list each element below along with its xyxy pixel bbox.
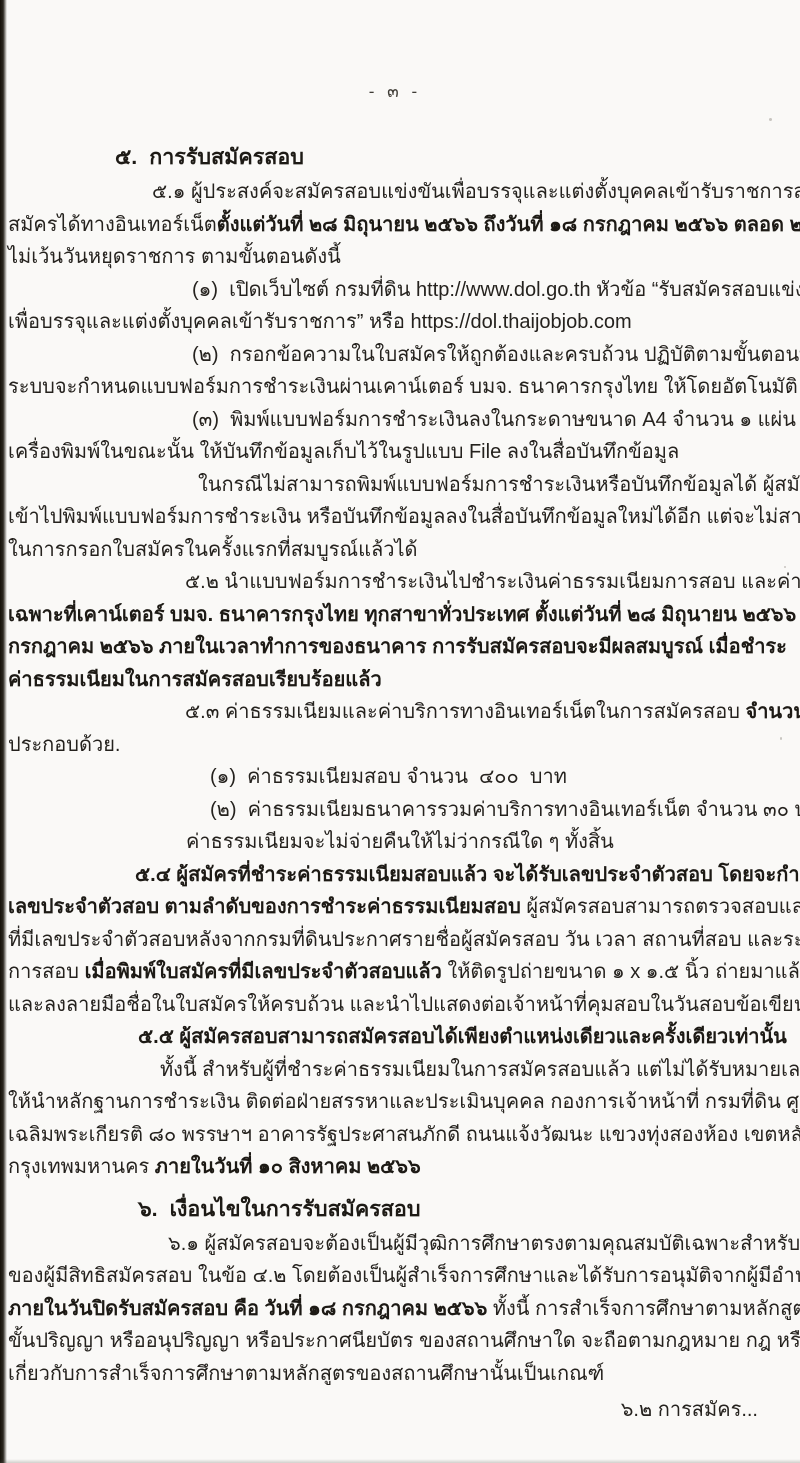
page-number: - ๓ - [0,78,790,105]
bold-text-run: ภายในวันปิดรับสมัครสอบ คือ วันที่ ๑๘ กรก… [8,1298,493,1320]
text-run: ในกรณีไม่สามารถพิมพ์แบบฟอร์มการชำระเงินห… [198,474,800,496]
clause-5-3: ๕.๓ ค่าธรรมเนียมและค่าบริการทางอินเทอร์เ… [8,696,794,761]
text-line: ในกรณีไม่สามารถพิมพ์แบบฟอร์มการชำระเงินห… [8,469,794,502]
text-line: การสอบ เมื่อพิมพ์ใบสมัครที่มีเลขประจำตัว… [8,956,794,989]
document-page: - ๓ - ๕. การรับสมัครสอบ๕.๑ ผู้ประสงค์จะส… [0,0,800,1463]
bold-text-run: จำนวน ๔๓๐ บาท [745,701,800,723]
fee-item-2: (๒) ค่าธรรมเนียมธนาคารรวมค่าบริการทางอิน… [8,794,794,827]
text-run: ผู้สมัครสอบสามารถตรวจสอบและพิมพ์ใบสมัคร [526,896,800,918]
text-line: ค่าธรรมเนียมจะไม่จ่ายคืนให้ไม่ว่ากรณีใด … [8,826,794,859]
clause-5-1: ๕.๑ ผู้ประสงค์จะสมัครสอบแข่งขันเพื่อบรรจ… [8,176,794,274]
clause-5-2: ๕.๒ นำแบบฟอร์มการชำระเงินไปชำระเงินค่าธร… [8,566,794,696]
text-run: ประกอบด้วย. [8,734,121,756]
text-line: สมัครได้ทางอินเทอร์เน็ตตั้งแต่วันที่ ๒๘ … [8,209,794,242]
text-line: ระบบจะกำหนดแบบฟอร์มการชำระเงินผ่านเคาน์เ… [8,371,794,404]
text-line: ให้นำหลักฐานการชำระเงิน ติดต่อฝ่ายสรรหาแ… [8,1086,794,1119]
text-run: ๕.๒ นำแบบฟอร์มการชำระเงินไปชำระเงินค่าธร… [185,571,800,593]
paragraph-print-fallback: ในกรณีไม่สามารถพิมพ์แบบฟอร์มการชำระเงินห… [8,469,794,567]
text-run: สมัครได้ทางอินเทอร์เน็ต [8,214,217,236]
step-2: (๒) กรอกข้อความในใบสมัครให้ถูกต้องและครบ… [8,339,794,404]
text-line: เลขประจำตัวสอบ ตามลำดับของการชำระค่าธรรม… [8,891,794,924]
bold-text-run: กรกฎาคม ๒๕๖๖ ภายในเวลาทำการของธนาคาร การ… [8,636,787,658]
clause-6-1: ๖.๑ ผู้สมัครสอบจะต้องเป็นผู้มีวุฒิการศึก… [8,1228,794,1391]
text-line: และลงลายมือชื่อในใบสมัครให้ครบถ้วน และนำ… [8,989,794,1022]
text-line: ไม่เว้นวันหยุดราชการ ตามขั้นตอนดังนี้ [8,241,794,274]
text-line: ภายในวันปิดรับสมัครสอบ คือ วันที่ ๑๘ กรก… [8,1293,794,1326]
text-line: (๒) ค่าธรรมเนียมธนาคารรวมค่าบริการทางอิน… [8,794,794,827]
text-line: ๖.๑ ผู้สมัครสอบจะต้องเป็นผู้มีวุฒิการศึก… [8,1228,794,1261]
text-line: ขั้นปริญญา หรืออนุปริญญา หรือประกาศนียบั… [8,1325,794,1358]
text-line: ๕.๑ ผู้ประสงค์จะสมัครสอบแข่งขันเพื่อบรรจ… [8,176,794,209]
text-line: เพื่อบรรจุและแต่งตั้งบุคคลเข้ารับราชการ”… [8,306,794,339]
text-line: เข้าไปพิมพ์แบบฟอร์มการชำระเงิน หรือบันทึ… [8,501,794,534]
text-run: ระบบจะกำหนดแบบฟอร์มการชำระเงินผ่านเคาน์เ… [8,376,798,398]
text-run: (๑) ค่าธรรมเนียมสอบ จำนวน ๔๐๐ บาท [210,766,567,788]
bold-text-run: ๖. เงื่อนไขในการรับสมัครสอบ [138,1197,420,1221]
text-line: กรกฎาคม ๒๕๖๖ ภายในเวลาทำการของธนาคาร การ… [8,631,794,664]
text-line: ในการกรอกใบสมัครในครั้งแรกที่สมบูรณ์แล้ว… [8,534,794,567]
text-line: เกี่ยวกับการสำเร็จการศึกษาตามหลักสูตรของ… [8,1358,794,1391]
text-run: เกี่ยวกับการสำเร็จการศึกษาตามหลักสูตรของ… [8,1363,604,1385]
document-body: ๕. การรับสมัครสอบ๕.๑ ผู้ประสงค์จะสมัครสอ… [0,138,800,1390]
text-run: ค่าธรรมเนียมจะไม่จ่ายคืนให้ไม่ว่ากรณีใด … [186,831,614,853]
text-run: ไม่เว้นวันหยุดราชการ ตามขั้นตอนดังนี้ [8,246,341,268]
text-line: ค่าธรรมเนียมในการสมัครสอบเรียบร้อยแล้ว [8,664,794,697]
text-run: (๒) กรอกข้อความในใบสมัครให้ถูกต้องและครบ… [192,344,800,366]
section-5-heading: ๕. การรับสมัครสอบ [8,138,794,176]
text-run: ๕.๓ ค่าธรรมเนียมและค่าบริการทางอินเทอร์เ… [185,701,745,723]
text-run: เครื่องพิมพ์ในขณะนั้น ให้บันทึกข้อมูลเก็… [8,441,679,463]
bold-text-run: ตั้งแต่วันที่ ๒๘ มิถุนายน ๒๕๖๖ ถึงวันที่… [217,214,800,236]
text-run: การสอบ [8,961,85,983]
catchword-next-section: ๖.๒ การสมัคร... [621,1393,758,1425]
scan-speck [769,118,772,121]
text-run: ทั้งนี้ สำหรับผู้ที่ชำระค่าธรรมเนียมในกา… [160,1059,800,1081]
text-line: ๕.๔ ผู้สมัครที่ชำระค่าธรรมเนียมสอบแล้ว จ… [8,859,794,892]
bold-text-run: ๕. การรับสมัครสอบ [115,145,304,169]
bold-text-run: ค่าธรรมเนียมในการสมัครสอบเรียบร้อยแล้ว [8,669,382,691]
text-line: ๖. เงื่อนไขในการรับสมัครสอบ [8,1190,794,1228]
text-line: ๕.๕ ผู้สมัครสอบสามารถสมัครสอบได้เพียงตำแ… [8,1021,794,1054]
bold-text-run: เฉพาะที่เคาน์เตอร์ บมจ. ธนาคารกรุงไทย ทุ… [8,604,800,626]
text-run: และลงลายมือชื่อในใบสมัครให้ครบถ้วน และนำ… [8,994,800,1016]
text-run: ที่มีเลขประจำตัวสอบหลังจากกรมที่ดินประกา… [8,929,800,951]
text-run: ในการกรอกใบสมัครในครั้งแรกที่สมบูรณ์แล้ว… [8,539,418,561]
paragraph-payment-followup: ทั้งนี้ สำหรับผู้ที่ชำระค่าธรรมเนียมในกา… [8,1054,794,1184]
step-3: (๓) พิมพ์แบบฟอร์มการชำระเงินลงในกระดาษขน… [8,404,794,469]
text-line: (๑) ค่าธรรมเนียมสอบ จำนวน ๔๐๐ บาท [8,761,794,794]
text-line: (๒) กรอกข้อความในใบสมัครให้ถูกต้องและครบ… [8,339,794,372]
text-line: ๕.๓ ค่าธรรมเนียมและค่าบริการทางอินเทอร์เ… [8,696,794,729]
clause-5-4: ๕.๔ ผู้สมัครที่ชำระค่าธรรมเนียมสอบแล้ว จ… [8,859,794,1022]
text-line: ที่มีเลขประจำตัวสอบหลังจากกรมที่ดินประกา… [8,924,794,957]
text-run: ให้ติดรูปถ่ายขนาด ๑ x ๑.๕ นิ้ว ถ่ายมาแล้… [447,961,800,983]
text-line: ของผู้มีสิทธิสมัครสอบ ในข้อ ๔.๒ โดยต้องเ… [8,1260,794,1293]
text-line: กรุงเทพมหานคร ภายในวันที่ ๑๐ สิงหาคม ๒๕๖… [8,1151,794,1184]
section-6-heading: ๖. เงื่อนไขในการรับสมัครสอบ [8,1190,794,1228]
text-run: (๑) เปิดเว็บไซต์ กรมที่ดิน http://www.do… [192,279,800,301]
text-run: (๒) ค่าธรรมเนียมธนาคารรวมค่าบริการทางอิน… [210,799,800,821]
text-run: ทั้งนี้ การสำเร็จการศึกษาตามหลักสูตร [493,1298,800,1320]
text-run: เข้าไปพิมพ์แบบฟอร์มการชำระเงิน หรือบันทึ… [8,506,800,528]
text-run: เพื่อบรรจุและแต่งตั้งบุคคลเข้ารับราชการ”… [8,311,632,333]
fee-item-1: (๑) ค่าธรรมเนียมสอบ จำนวน ๔๐๐ บาท [8,761,794,794]
step-1: (๑) เปิดเว็บไซต์ กรมที่ดิน http://www.do… [8,274,794,339]
text-run: กรุงเทพมหานคร [8,1156,155,1178]
bold-text-run: เมื่อพิมพ์ใบสมัครที่มีเลขประจำตัวสอบแล้ว [85,961,448,983]
text-line: เฉพาะที่เคาน์เตอร์ บมจ. ธนาคารกรุงไทย ทุ… [8,599,794,632]
text-line: (๑) เปิดเว็บไซต์ กรมที่ดิน http://www.do… [8,274,794,307]
text-run: ๖.๑ ผู้สมัครสอบจะต้องเป็นผู้มีวุฒิการศึก… [168,1233,800,1255]
bold-text-run: เลขประจำตัวสอบ ตามลำดับของการชำระค่าธรรม… [8,896,526,918]
bold-text-run: ๕.๕ ผู้สมัครสอบสามารถสมัครสอบได้เพียงตำแ… [138,1026,787,1048]
fee-no-refund-note: ค่าธรรมเนียมจะไม่จ่ายคืนให้ไม่ว่ากรณีใด … [8,826,794,859]
text-line: ๕.๒ นำแบบฟอร์มการชำระเงินไปชำระเงินค่าธร… [8,566,794,599]
text-run: เฉลิมพระเกียรติ ๘๐ พรรษาฯ อาคารรัฐประศาส… [8,1124,800,1146]
bold-text-run: ภายในวันที่ ๑๐ สิงหาคม ๒๕๖๖ [155,1156,421,1178]
text-run: ของผู้มีสิทธิสมัครสอบ ในข้อ ๔.๒ โดยต้องเ… [8,1265,800,1287]
text-run: (๓) พิมพ์แบบฟอร์มการชำระเงินลงในกระดาษขน… [192,409,800,431]
text-line: เครื่องพิมพ์ในขณะนั้น ให้บันทึกข้อมูลเก็… [8,436,794,469]
text-line: ๕. การรับสมัครสอบ [8,138,794,176]
clause-5-5: ๕.๕ ผู้สมัครสอบสามารถสมัครสอบได้เพียงตำแ… [8,1021,794,1054]
text-line: (๓) พิมพ์แบบฟอร์มการชำระเงินลงในกระดาษขน… [8,404,794,437]
text-line: เฉลิมพระเกียรติ ๘๐ พรรษาฯ อาคารรัฐประศาส… [8,1119,794,1152]
text-run: ขั้นปริญญา หรืออนุปริญญา หรือประกาศนียบั… [8,1330,800,1352]
text-run: ให้นำหลักฐานการชำระเงิน ติดต่อฝ่ายสรรหาแ… [8,1091,800,1113]
scan-edge-artifact-bottom [0,1459,800,1463]
text-run: ๕.๑ ผู้ประสงค์จะสมัครสอบแข่งขันเพื่อบรรจ… [152,181,800,203]
text-line: ทั้งนี้ สำหรับผู้ที่ชำระค่าธรรมเนียมในกา… [8,1054,794,1087]
text-line: ประกอบด้วย. [8,729,794,762]
bold-text-run: ๕.๔ ผู้สมัครที่ชำระค่าธรรมเนียมสอบแล้ว จ… [135,864,800,886]
